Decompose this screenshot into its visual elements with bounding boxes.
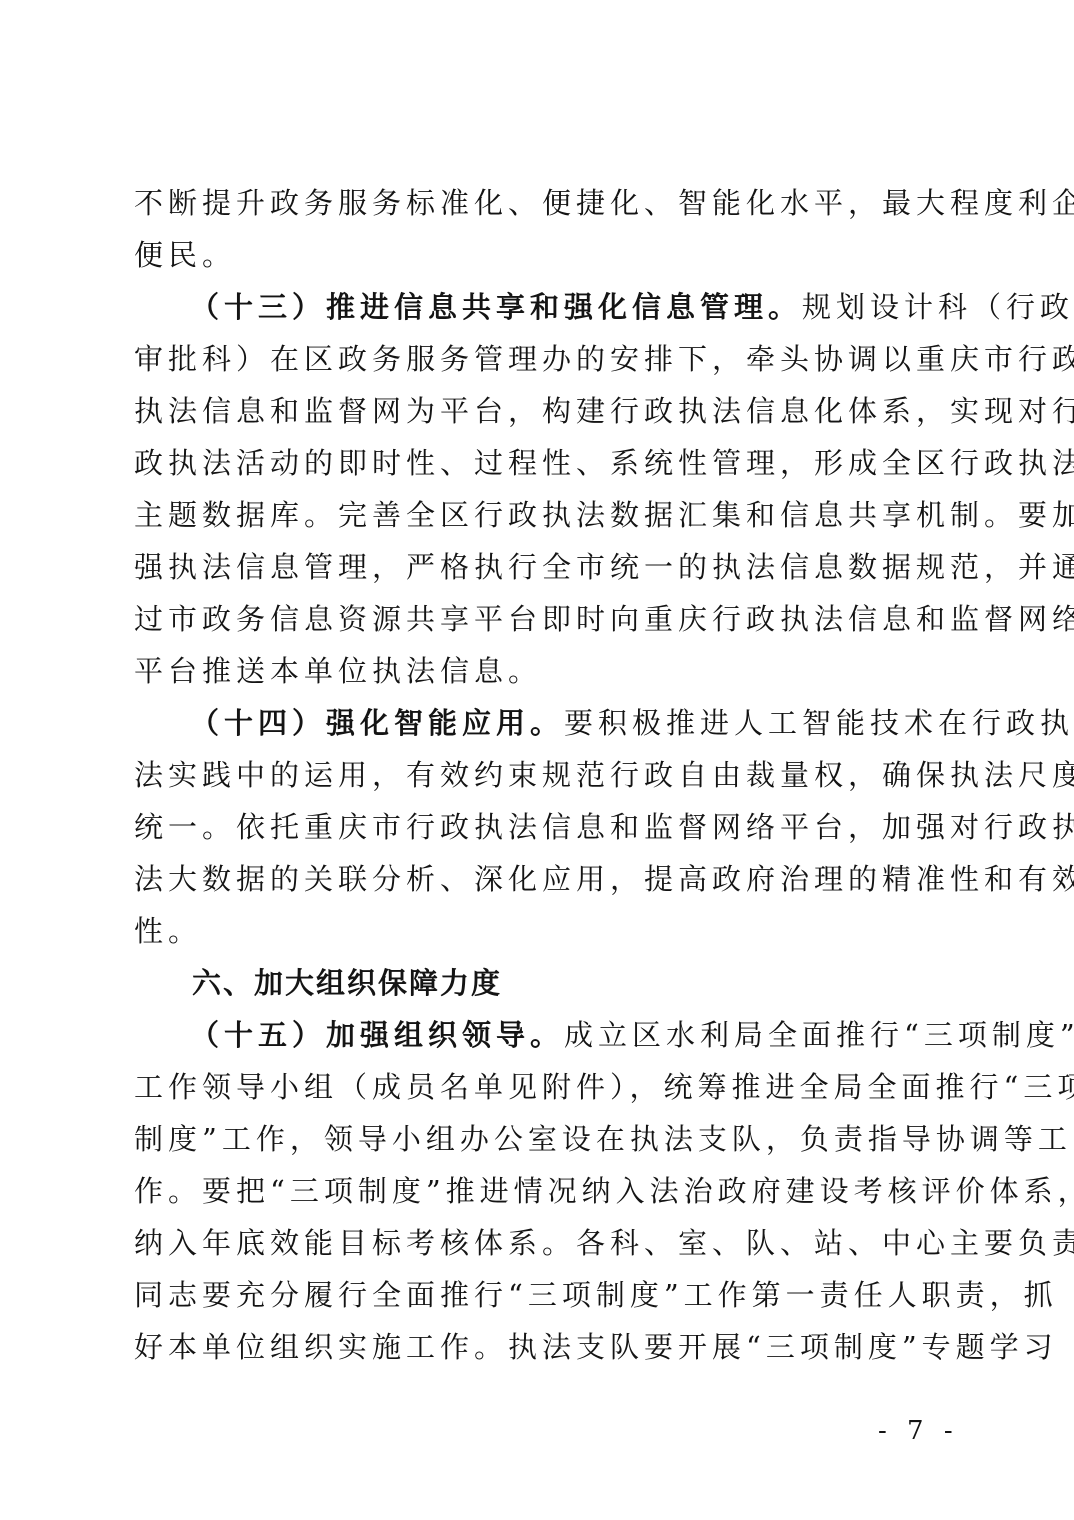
body-text-line: 纳入年底效能目标考核体系。各科、室、队、站、中心主要负责 [134,1223,1074,1263]
body-text: 要积极推进人工智能技术在行政执 [564,706,1074,740]
body-text-line: 好本单位组织实施工作。执法支队要开展“三项制度”专题学习 [134,1327,1058,1367]
section-heading-6: 六、加大组织保障力度 [192,963,502,1003]
body-text-line: 作。要把“三项制度”推进情况纳入法治政府建设考核评价体系， [134,1171,1074,1211]
body-text-line: 强执法信息管理，严格执行全市统一的执法信息数据规范，并通 [134,547,1074,587]
body-text-line: 便民。 [134,235,236,275]
section-15-title: （十五）加强组织领导。 [190,1018,564,1052]
body-text-line: 制度”工作，领导小组办公室设在执法支队，负责指导协调等工 [134,1119,1072,1159]
body-text-line: 过市政务信息资源共享平台即时向重庆行政执法信息和监督网络 [134,599,1074,639]
body-text-line: 工作领导小组（成员名单见附件），统筹推进全局全面推行“三项 [134,1067,1074,1107]
body-text-line: 法实践中的运用，有效约束规范行政自由裁量权，确保执法尺度 [134,755,1074,795]
body-text-line: 法大数据的关联分析、深化应用，提高政府治理的精准性和有效 [134,859,1074,899]
body-text-line: 性。 [134,911,202,951]
body-text: 规划设计科（行政 [802,290,1074,324]
body-text: 成立区水利局全面推行“三项制度” [564,1018,1074,1052]
section-13-title: （十三）推进信息共享和强化信息管理。 [190,290,802,324]
body-text-line: 不断提升政务服务标准化、便捷化、智能化水平，最大程度利企 [134,183,1074,223]
section-14-line: （十四）强化智能应用。要积极推进人工智能技术在行政执 [190,703,1074,743]
body-text-line: 审批科）在区政务服务管理办的安排下，牵头协调以重庆市行政 [134,339,1074,379]
body-text-line: 平台推送本单位执法信息。 [134,651,542,691]
body-text-line: 同志要充分履行全面推行“三项制度”工作第一责任人职责，抓 [134,1275,1058,1315]
body-text-line: 执法信息和监督网为平台，构建行政执法信息化体系，实现对行 [134,391,1074,431]
body-text-line: 政执法活动的即时性、过程性、系统性管理，形成全区行政执法 [134,443,1074,483]
body-text-line: 统一。依托重庆市行政执法信息和监督网络平台，加强对行政执 [134,807,1074,847]
body-text-line: 主题数据库。完善全区行政执法数据汇集和信息共享机制。要加 [134,495,1074,535]
section-14-title: （十四）强化智能应用。 [190,706,564,740]
section-15-line: （十五）加强组织领导。成立区水利局全面推行“三项制度” [190,1015,1074,1055]
section-13-line: （十三）推进信息共享和强化信息管理。规划设计科（行政 [190,287,1074,327]
page-number: - 7 - [878,1416,959,1446]
